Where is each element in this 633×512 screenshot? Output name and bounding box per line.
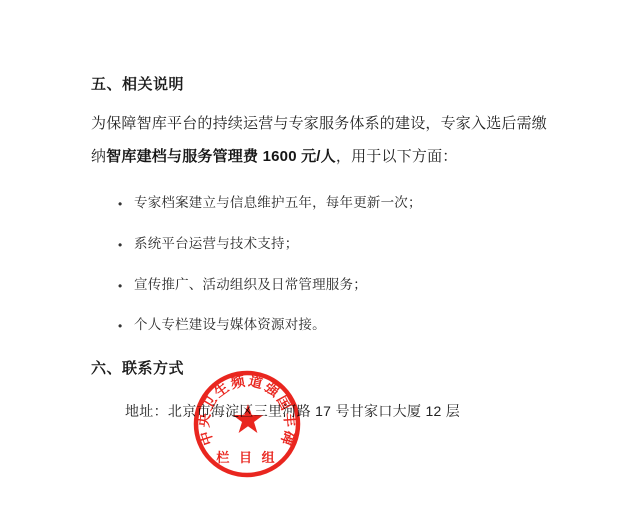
red-seal-stamp: 中央卫生频道强国丰碑 栏 目 组 bbox=[191, 368, 303, 480]
list-item: •个人专栏建设与媒体资源对接。 bbox=[118, 318, 326, 332]
list-item-text: 系统平台运营与技术支持； bbox=[134, 236, 298, 251]
paragraph-line-1: 为保障智库平台的持续运营与专家服务体系的建设，专家入选后需缴 bbox=[91, 116, 547, 131]
section-heading-related-notes: 五、相关说明 bbox=[91, 77, 184, 92]
paragraph-line-2-suffix: ，用于以下方面： bbox=[336, 148, 458, 165]
stamp-bottom-text: 栏 目 组 bbox=[216, 450, 277, 465]
list-item: •系统平台运营与技术支持； bbox=[118, 237, 298, 251]
list-item: •宣传推广、活动组织及日常管理服务； bbox=[118, 278, 367, 292]
section-heading-contact: 六、联系方式 bbox=[91, 361, 184, 376]
list-item-text: 专家档案建立与信息维护五年，每年更新一次； bbox=[134, 195, 422, 210]
stamp-ring bbox=[196, 373, 298, 475]
bullet-icon: • bbox=[118, 196, 134, 210]
paragraph-line-2-prefix: 纳 bbox=[91, 148, 106, 165]
address-line: 地址：北京市海淀区三里河路 17 号甘家口大厦 12 层 bbox=[125, 404, 460, 418]
list-item-text: 宣传推广、活动组织及日常管理服务； bbox=[134, 277, 367, 292]
fee-bold-text: 智库建档与服务管理费 1600 元/人 bbox=[106, 148, 336, 165]
bullet-icon: • bbox=[118, 278, 134, 292]
document-page: 五、相关说明 为保障智库平台的持续运营与专家服务体系的建设，专家入选后需缴 纳智… bbox=[0, 0, 633, 512]
bullet-icon: • bbox=[118, 318, 134, 332]
list-item: •专家档案建立与信息维护五年，每年更新一次； bbox=[118, 196, 422, 210]
paragraph-line-2: 纳智库建档与服务管理费 1600 元/人，用于以下方面： bbox=[91, 149, 458, 164]
bullet-icon: • bbox=[118, 237, 134, 251]
list-item-text: 个人专栏建设与媒体资源对接。 bbox=[134, 317, 326, 332]
